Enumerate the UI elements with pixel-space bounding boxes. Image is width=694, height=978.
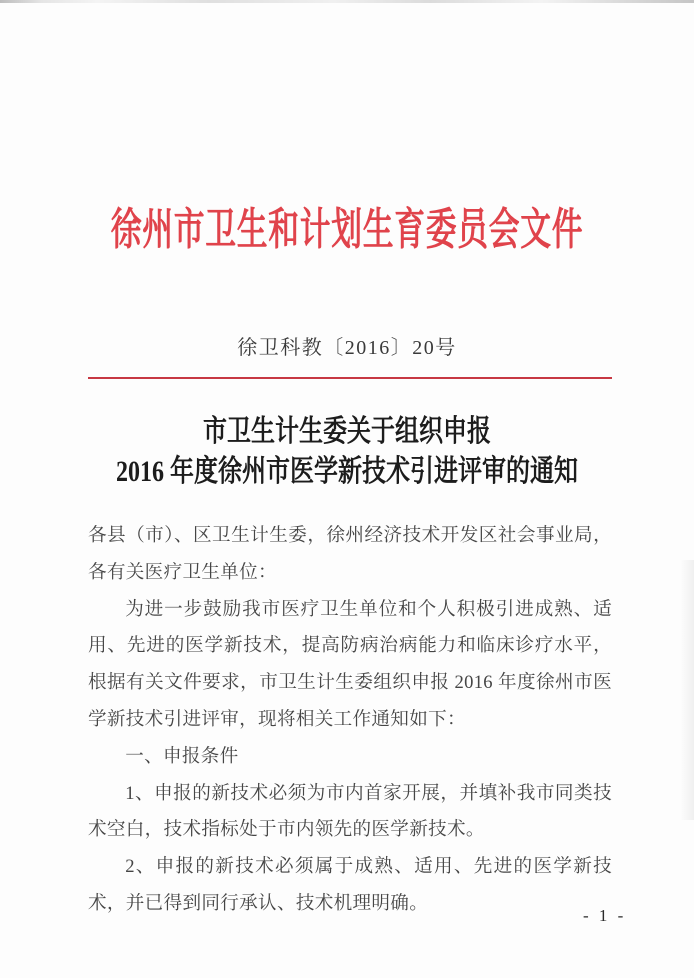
document-title-line-2: 2016 年度徐州市医学新技术引进评审的通知 <box>69 452 624 492</box>
red-divider-rule <box>88 377 612 379</box>
paragraph-item-2: 2、申报的新技术必须属于成熟、适用、先进的医学新技术，并已得到同行承认、技术机理… <box>88 849 612 923</box>
scan-edge-artifact <box>0 0 694 3</box>
scan-shadow-artifact <box>680 560 694 820</box>
paragraph-salutation: 各县（市）、区卫生计生委，徐州经济技术开发区社会事业局，各有关医疗卫生单位： <box>88 518 612 592</box>
paragraph-section-heading: 一、申报条件 <box>88 739 612 776</box>
letterhead-org-title: 徐州市卫生和计划生育委员会文件 <box>104 193 590 257</box>
document-title: 市卫生计生委关于组织申报 2016 年度徐州市医学新技术引进评审的通知 <box>69 412 624 492</box>
paragraph-intro: 为进一步鼓励我市医疗卫生单位和个人积极引进成熟、适用、先进的医学新技术，提高防病… <box>88 592 612 739</box>
document-body: 各县（市）、区卫生计生委，徐州经济技术开发区社会事业局，各有关医疗卫生单位： 为… <box>88 518 612 923</box>
document-title-line-1: 市卫生计生委关于组织申报 <box>69 412 624 452</box>
page-number: - 1 - <box>583 906 626 926</box>
paragraph-item-1: 1、申报的新技术必须为市内首家开展，并填补我市同类技术空白，技术指标处于市内领先… <box>88 776 612 850</box>
document-number: 徐卫科教〔2016〕20号 <box>0 331 694 360</box>
scanned-document-page: 徐州市卫生和计划生育委员会文件 徐卫科教〔2016〕20号 市卫生计生委关于组织… <box>0 0 694 978</box>
